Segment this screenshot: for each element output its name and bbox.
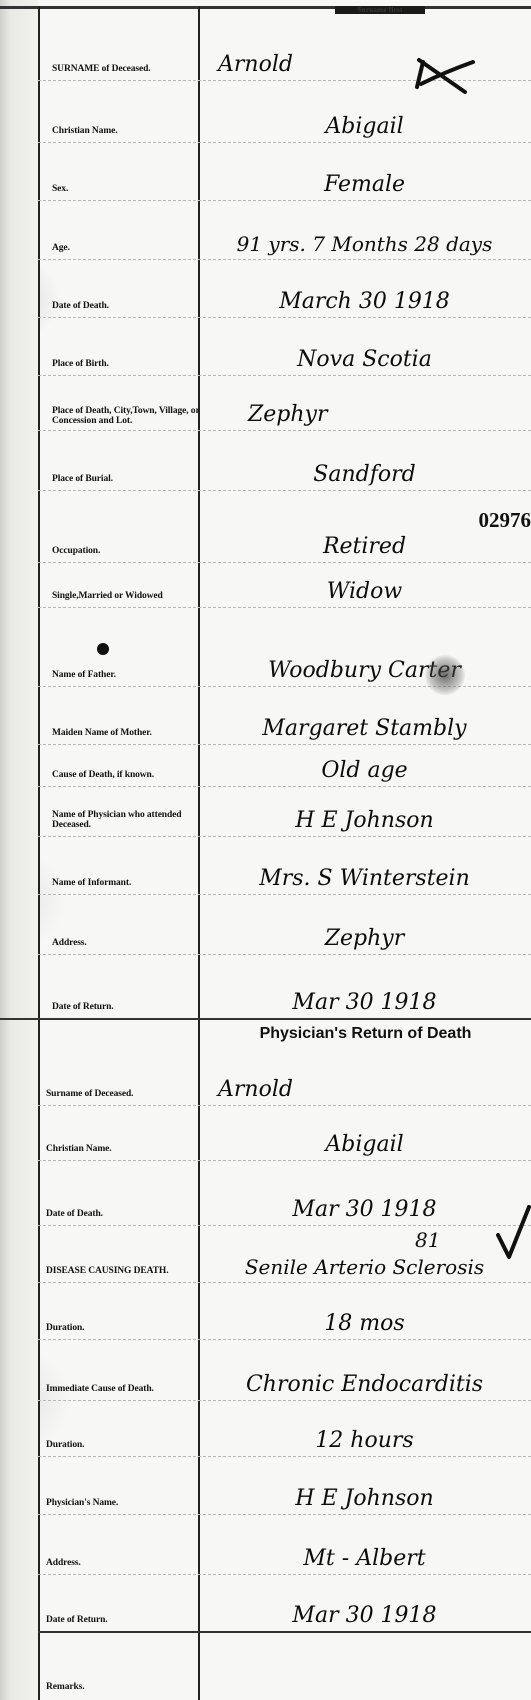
row-informant-address: Address. Zephyr: [38, 894, 531, 955]
label-cause-of-death: Cause of Death, if known.: [52, 770, 202, 780]
value-pr-date-of-death: Mar 30 1918: [198, 1197, 531, 1223]
row-pr-date-of-death: Date of Death. Mar 30 1918: [38, 1160, 531, 1226]
row-age: Age. 91 yrs. 7 Months 28 days: [38, 200, 531, 260]
value-pr-immediate-cause: Chronic Endocarditis: [198, 1372, 531, 1398]
label-occupation: Occupation.: [52, 546, 202, 556]
value-place-of-burial: Sandford: [198, 462, 531, 488]
label-name-of-father: Name of Father.: [52, 670, 202, 680]
label-informant-address: Address.: [52, 938, 202, 948]
margin-note-81: 81: [415, 1228, 440, 1252]
row-attending-physician: Name of Physician who attended Deceased.…: [38, 786, 531, 837]
row-place-of-burial: Place of Burial. Sandford: [38, 430, 531, 491]
label-age: Age.: [52, 243, 202, 253]
label-pr-date-of-death: Date of Death.: [46, 1209, 196, 1219]
value-cause-of-death: Old age: [198, 758, 531, 784]
label-pr-duration-2: Duration.: [46, 1440, 196, 1450]
row-place-of-death: Place of Death, City,Town, Village, or C…: [38, 375, 531, 431]
label-pr-immediate-cause: Immediate Cause of Death.: [46, 1384, 196, 1394]
value-informant: Mrs. S Winterstein: [198, 866, 531, 892]
value-attending-physician: H E Johnson: [198, 808, 531, 834]
label-pr-duration-1: Duration.: [46, 1323, 196, 1333]
row-pr-surname: Surname of Deceased. Arnold: [38, 1020, 531, 1106]
row-pr-address: Address. Mt - Albert: [38, 1514, 531, 1575]
row-pr-disease: DISEASE CAUSING DEATH. Senile Arterio Sc…: [38, 1225, 531, 1283]
value-place-of-birth: Nova Scotia: [198, 347, 531, 373]
row-date-of-return: Date of Return. Mar 30 1918: [38, 954, 531, 1018]
ink-blot: [97, 643, 109, 655]
value-pr-surname: Arnold: [198, 1077, 531, 1103]
label-marital-status: Single,Married or Widowed: [52, 591, 202, 601]
ink-smudge: [425, 655, 465, 695]
label-pr-date-of-return: Date of Return.: [46, 1615, 196, 1625]
value-date-of-return: Mar 30 1918: [198, 990, 531, 1016]
row-date-of-death: Date of Death. March 30 1918: [38, 259, 531, 318]
label-pr-christian-name: Christian Name.: [46, 1144, 196, 1154]
label-pr-address: Address.: [46, 1558, 196, 1568]
value-informant-address: Zephyr: [198, 926, 531, 952]
row-informant: Name of Informant. Mrs. S Winterstein: [38, 836, 531, 895]
row-pr-date-of-return: Date of Return. Mar 30 1918: [38, 1574, 531, 1633]
value-date-of-death: March 30 1918: [198, 289, 531, 315]
label-maiden-name-of-mother: Maiden Name of Mother.: [52, 728, 202, 738]
row-sex: Sex. Female: [38, 142, 531, 201]
row-pr-christian-name: Christian Name. Abigail: [38, 1105, 531, 1161]
label-pr-physician-name: Physician's Name.: [46, 1498, 196, 1508]
death-certificate-page: Surname first SURNAME of Deceased. Arnol…: [0, 0, 531, 1700]
value-age: 91 yrs. 7 Months 28 days: [198, 231, 531, 257]
value-pr-date-of-return: Mar 30 1918: [198, 1603, 531, 1629]
label-pr-disease: DISEASE CAUSING DEATH.: [46, 1266, 196, 1276]
label-informant: Name of Informant.: [52, 878, 202, 888]
label-place-of-burial: Place of Burial.: [52, 474, 202, 484]
label-surname: SURNAME of Deceased.: [52, 64, 202, 74]
value-christian-name: Abigail: [198, 114, 531, 140]
value-surname: Arnold: [198, 52, 531, 78]
label-date-of-return: Date of Return.: [52, 1002, 202, 1012]
row-pr-physician-name: Physician's Name. H E Johnson: [38, 1456, 531, 1515]
label-date-of-death: Date of Death.: [52, 301, 202, 311]
label-pr-remarks: Remarks.: [46, 1682, 196, 1692]
value-marital-status: Widow: [198, 579, 531, 605]
label-pr-surname: Surname of Deceased.: [46, 1089, 196, 1099]
reference-number: 02976: [479, 508, 531, 533]
value-maiden-name-of-mother: Margaret Stambly: [198, 716, 531, 742]
row-pr-duration-1: Duration. 18 mos: [38, 1282, 531, 1340]
value-pr-disease: Senile Arterio Sclerosis: [198, 1254, 531, 1280]
value-pr-christian-name: Abigail: [198, 1132, 531, 1158]
label-christian-name: Christian Name.: [52, 126, 202, 136]
row-cause-of-death: Cause of Death, if known. Old age: [38, 744, 531, 787]
value-place-of-death: Zephyr: [198, 402, 531, 428]
value-pr-physician-name: H E Johnson: [198, 1486, 531, 1512]
label-place-of-death: Place of Death, City,Town, Village, or C…: [52, 407, 202, 426]
top-rule: [0, 6, 531, 9]
value-pr-address: Mt - Albert: [198, 1546, 531, 1572]
label-sex: Sex.: [52, 184, 202, 194]
row-pr-immediate-cause: Immediate Cause of Death. Chronic Endoca…: [38, 1339, 531, 1401]
value-sex: Female: [198, 172, 531, 198]
label-place-of-birth: Place of Birth.: [52, 359, 202, 369]
value-pr-duration-1: 18 mos: [198, 1311, 531, 1337]
row-pr-remarks: Remarks.: [38, 1633, 531, 1700]
row-marital-status: Single,Married or Widowed Widow: [38, 562, 531, 608]
row-occupation: Occupation. Retired: [38, 490, 531, 563]
row-maiden-name-of-mother: Maiden Name of Mother. Margaret Stambly: [38, 686, 531, 745]
binding-margin: [0, 0, 38, 1700]
value-pr-duration-2: 12 hours: [198, 1428, 531, 1454]
value-occupation: Retired: [198, 534, 531, 560]
label-attending-physician: Name of Physician who attended Deceased.: [52, 810, 202, 830]
row-place-of-birth: Place of Birth. Nova Scotia: [38, 317, 531, 376]
value-name-of-father: Woodbury Carter: [198, 658, 531, 684]
check-mark-icon: [495, 1205, 531, 1260]
row-pr-duration-2: Duration. 12 hours: [38, 1400, 531, 1457]
x-mark-icon: [415, 52, 475, 97]
